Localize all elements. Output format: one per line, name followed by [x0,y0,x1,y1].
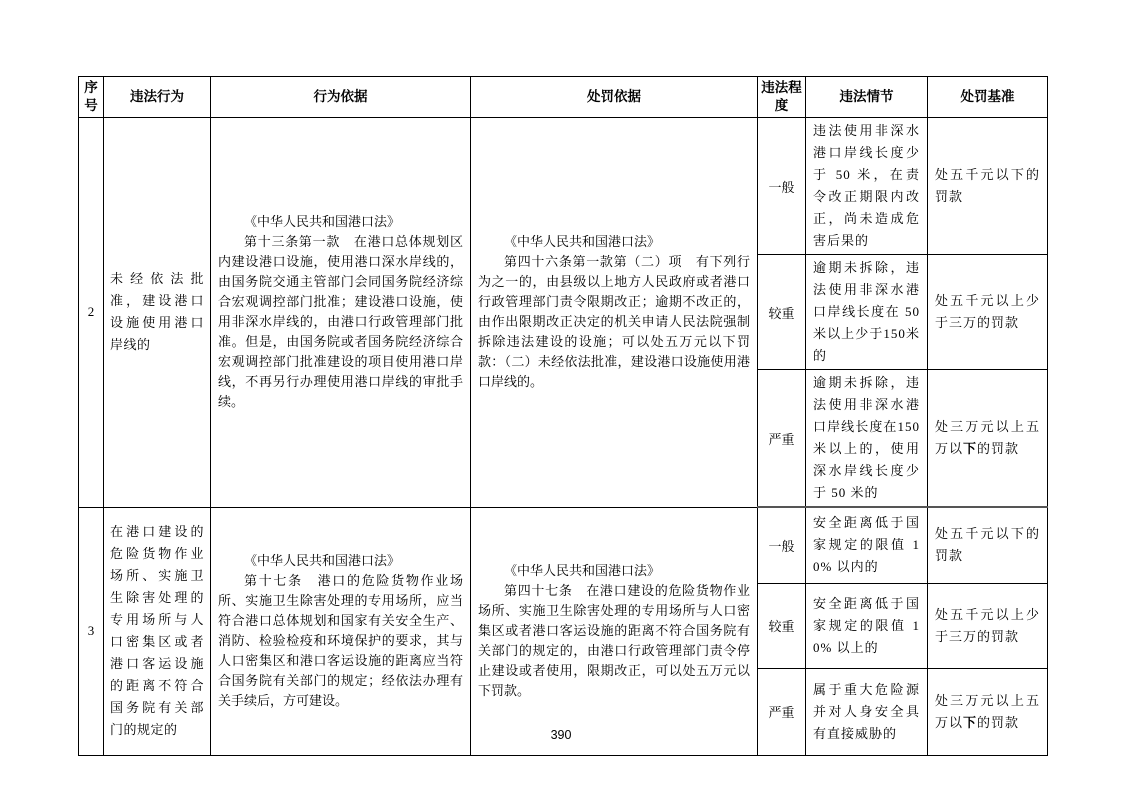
law-body: 第四十七条 在港口建设的危险货物作业场所、实施卫生除害处理的专用场所与人口密集区… [478,581,750,701]
col-header-degree: 违法程度 [758,77,806,118]
col-header-circumstance: 违法情节 [806,77,928,118]
serial-cell: 3 [79,507,104,755]
circumstance-cell: 安全距离低于国家规定的限值 10% 以内的 [806,507,928,583]
circumstance-cell: 违法使用非深水港口岸线长度少于 50 米，在责令改正期限内改正，尚未造成危害后果… [806,118,928,255]
behavior-basis-cell: 《中华人民共和国港口法》 第十三条第一款 在港口总体规划区内建设港口设施，使用港… [211,118,471,508]
standard-cell: 处五千元以下的罚款 [928,118,1048,255]
document-page: 序号 违法行为 行为依据 处罚依据 违法程度 违法情节 处罚基准 2 未经依法批… [0,0,1122,793]
table-row: 2 未经依法批准，建设港口设施使用港口岸线的 《中华人民共和国港口法》 第十三条… [79,118,1048,255]
circumstance-cell: 安全距离低于国家规定的限值 10% 以上的 [806,583,928,668]
col-header-behavior-basis: 行为依据 [211,77,471,118]
behavior-cell: 在港口建设的危险货物作业场所、实施卫生除害处理的专用场所与人口密集区或者港口客运… [104,507,211,755]
standard-cell: 处三万元以上五万以下的罚款 [928,370,1048,508]
header-row: 序号 违法行为 行为依据 处罚依据 违法程度 违法情节 处罚基准 [79,77,1048,118]
severity-degree-cell: 严重 [758,370,806,508]
severity-degree-cell: 较重 [758,583,806,668]
law-body: 第十七条 港口的危险货物作业场所、实施卫生除害处理的专用场所，应当符合港口总体规… [218,571,463,711]
behavior-cell: 未经依法批准，建设港口设施使用港口岸线的 [104,118,211,508]
law-body: 第四十六条第一款第（二）项 有下列行为之一的，由县级以上地方人民政府或者港口行政… [478,252,750,392]
col-header-behavior: 违法行为 [104,77,211,118]
law-title: 《中华人民共和国港口法》 [218,551,463,571]
law-title: 《中华人民共和国港口法》 [478,232,750,252]
standard-cell: 处五千元以下的罚款 [928,507,1048,583]
law-body: 第十三条第一款 在港口总体规划区内建设港口设施，使用港口深水岸线的，由国务院交通… [218,232,463,412]
behavior-basis-cell: 《中华人民共和国港口法》 第十七条 港口的危险货物作业场所、实施卫生除害处理的专… [211,507,471,755]
penalty-basis-cell: 《中华人民共和国港口法》 第四十七条 在港口建设的危险货物作业场所、实施卫生除害… [471,507,758,755]
severity-degree-cell: 一般 [758,118,806,255]
severity-degree-cell: 一般 [758,507,806,583]
law-title: 《中华人民共和国港口法》 [218,212,463,232]
standard-cell: 处五千元以上少于三万的罚款 [928,255,1048,370]
circumstance-cell: 逾期未拆除，违法使用非深水港口岸线长度在150米以上的，使用深水岸线长度少于 5… [806,370,928,508]
penalty-basis-cell: 《中华人民共和国港口法》 第四十六条第一款第（二）项 有下列行为之一的，由县级以… [471,118,758,508]
severity-degree-cell: 较重 [758,255,806,370]
law-title: 《中华人民共和国港口法》 [478,561,750,581]
col-header-penalty-basis: 处罚依据 [471,77,758,118]
serial-cell: 2 [79,118,104,508]
col-header-standard: 处罚基准 [928,77,1048,118]
circumstance-cell: 逾期未拆除，违法使用非深水港口岸线长度在 50 米以上少于150米的 [806,255,928,370]
regulation-table: 序号 违法行为 行为依据 处罚依据 违法程度 违法情节 处罚基准 2 未经依法批… [78,76,1048,756]
page-number: 390 [0,728,1122,742]
col-header-serial: 序号 [79,77,104,118]
table-row: 3 在港口建设的危险货物作业场所、实施卫生除害处理的专用场所与人口密集区或者港口… [79,507,1048,583]
standard-cell: 处五千元以上少于三万的罚款 [928,583,1048,668]
